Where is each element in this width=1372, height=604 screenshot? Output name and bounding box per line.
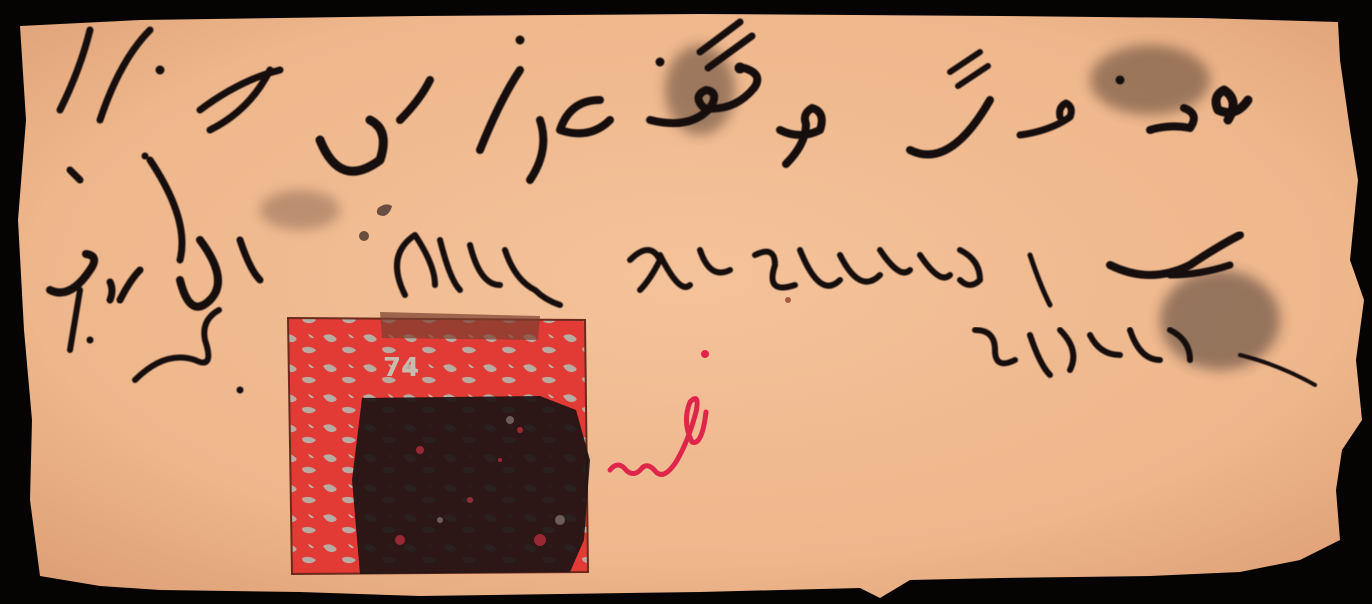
envelope-photo: 74 bbox=[0, 0, 1372, 604]
stamp-cancellation bbox=[352, 396, 590, 574]
postage-stamp: 74 bbox=[288, 312, 590, 574]
stamp-value: 74 bbox=[383, 353, 419, 383]
